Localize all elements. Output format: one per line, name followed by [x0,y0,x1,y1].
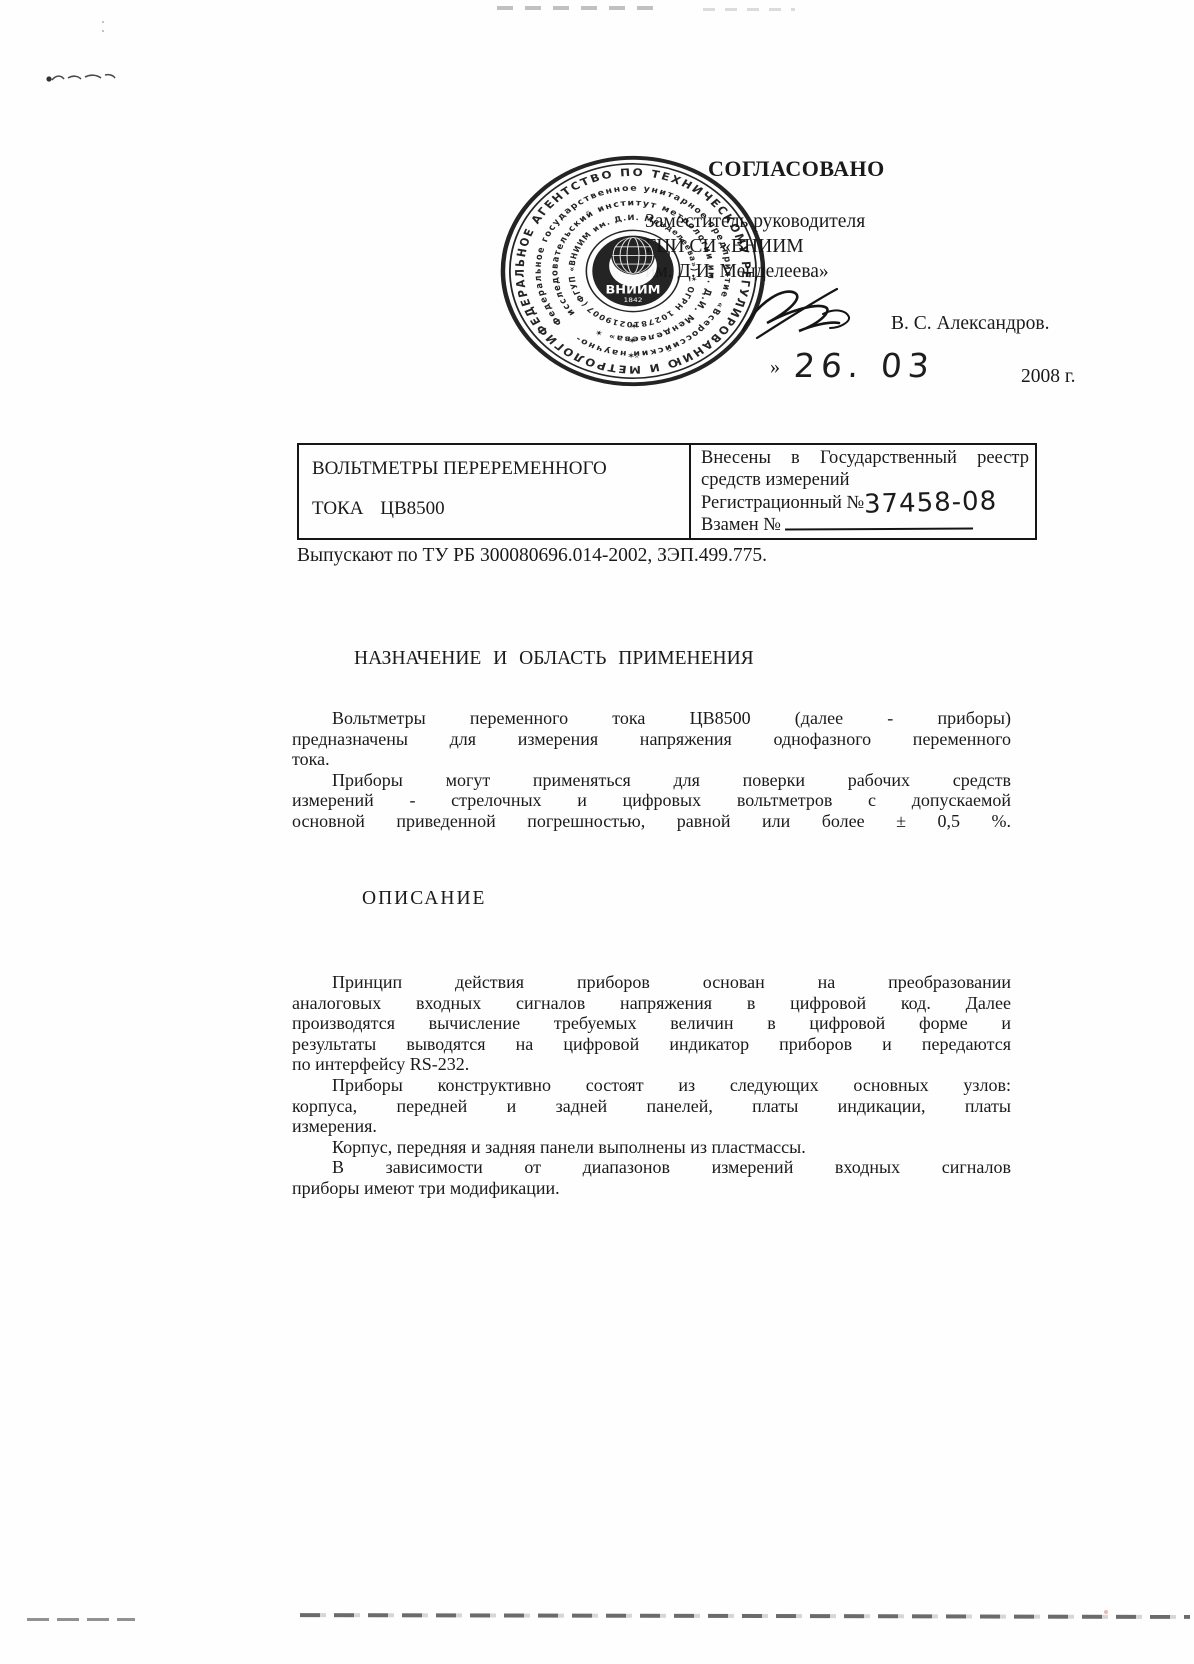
date-year: 2008 г. [1021,366,1076,388]
stamp-center-name: ВНИИМ [605,283,660,296]
stamp-star-3: ✶ [627,352,635,361]
registry-table: ВОЛЬТМЕТРЫ ПЕРЕРЕМЕННОГО ТОКА ЦВ8500 Вне… [297,443,1037,540]
signer-name: В. С. Александров. [891,313,1049,335]
date-handwritten: 26. 03 [793,346,937,385]
registration-number-label: Регистрационный № [701,493,864,513]
scan-artifact-bottom-line [300,1613,1190,1619]
stamp-center-year: 1842 [624,297,643,304]
text-line: приборы имеют три модификации. [292,1178,1011,1199]
section-body-purpose: Вольтметры переменного тока ЦВ8500 (дале… [292,708,1011,832]
scan-artifact-mark [102,21,104,34]
text-line: основной приведенной погрешностью, равно… [292,811,1011,832]
device-name-cell: ВОЛЬТМЕТРЫ ПЕРЕРЕМЕННОГО ТОКА ЦВ8500 [299,445,689,538]
stamp-star-2: ✶ [628,337,636,346]
registry-entry-line1: Внесены в Государственный реестр [701,447,1029,469]
text-line: корпуса, передней и задней панелей, плат… [292,1096,1011,1117]
registration-number-handwritten: 37458-08 [864,491,998,514]
round-stamp: ФЕДЕРАЛЬНОЕ АГЕНТСТВО ПО ТЕХНИЧЕСКОМУ РЕ… [494,150,772,392]
tu-standard-line: Выпускают по ТУ РБ 300080696.014-2002, З… [297,545,767,567]
registry-entry-cell: Внесены в Государственный реестр средств… [689,445,1035,538]
device-name-line2: ТОКА ЦВ8500 [312,489,679,529]
scan-artifact-dot [1104,1610,1108,1614]
replaces-label: Взамен № [701,515,781,535]
stamp-star-1: ✶ [630,322,638,331]
section-heading-description: ОПИСАНИЕ [362,888,486,910]
scan-artifact-bottom-line-left [27,1618,135,1621]
stamp-center-emblem: ВНИИМ 1842 [592,236,673,307]
text-line: Вольтметры переменного тока ЦВ8500 (дале… [292,708,1011,729]
text-line: измерений - стрелочных и цифровых вольтм… [292,790,1011,811]
text-line: тока. [292,749,1011,770]
scanned-document-page: СОГЛАСОВАНО Заместитель руководителя ГЦИ… [0,0,1194,1664]
text-line: производятся вычисление требуемых величи… [292,1013,1011,1034]
replaces-row: Взамен № [701,514,1029,536]
registration-number-row: Регистрационный №37458-08 [701,492,1029,514]
scan-artifact-smudge [45,69,117,87]
text-line: Приборы конструктивно состоят из следующ… [292,1075,1011,1096]
text-line: предназначены для измерения напряжения о… [292,729,1011,750]
device-name-line1: ВОЛЬТМЕТРЫ ПЕРЕРЕМЕННОГО [312,449,679,489]
replaces-blank-line [785,514,973,531]
text-line: Корпус, передняя и задняя панели выполне… [292,1137,1011,1158]
scan-artifact-top-dashes-2 [703,8,795,11]
text-line: по интерфейсу RS-232. [292,1054,1011,1075]
section-heading-purpose: НАЗНАЧЕНИЕ И ОБЛАСТЬ ПРИМЕНЕНИЯ [354,648,754,670]
text-line: Принцип действия приборов основан на пре… [292,972,1011,993]
section-body-description: Принцип действия приборов основан на пре… [292,972,1011,1199]
text-line: измерения. [292,1116,1011,1137]
text-line: В зависимости от диапазонов измерений вх… [292,1157,1011,1178]
scan-artifact-top-dashes [497,6,659,10]
text-line: Приборы могут применяться для поверки ра… [292,770,1011,791]
text-line: аналоговых входных сигналов напряжения в… [292,993,1011,1014]
text-line: результаты выводятся на цифровой индикат… [292,1034,1011,1055]
